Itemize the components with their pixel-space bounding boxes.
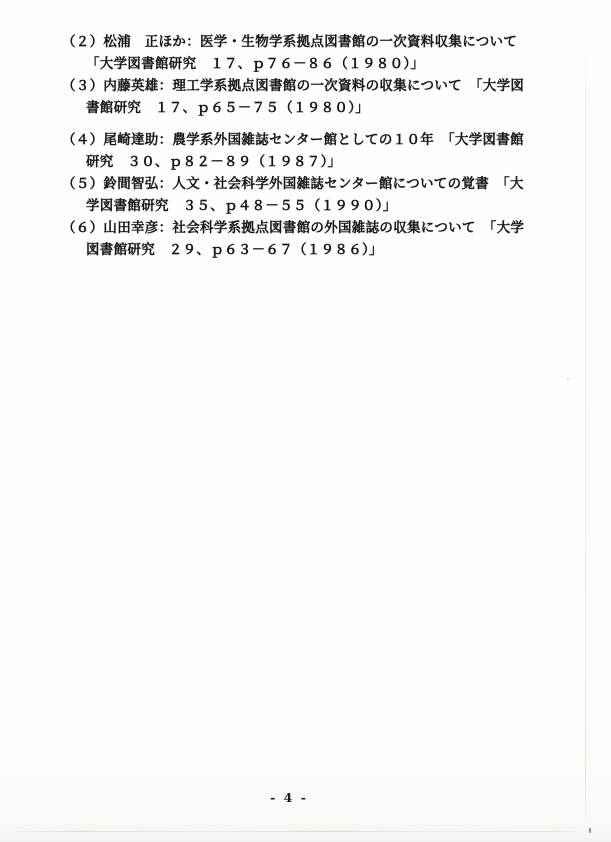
scan-dot-artifact [567, 378, 569, 380]
reference-6-line-1: （６）山田幸彦：社会科学系拠点図書館の外国雑誌の収集について 「大学 [62, 220, 524, 236]
reference-3-line-2: 書館研究 １７、ｐ６５－７５（１９８０）」 [86, 100, 369, 116]
reference-5-line-2: 学図書館研究 ３５、ｐ４８－５５（１９９０）」 [86, 198, 397, 214]
reference-3-line-1: （３）内藤英雄：理工学系拠点図書館の一次資料の収集について 「大学図 [62, 78, 524, 94]
scan-bottom-edge-artifact [18, 831, 578, 832]
scan-speck-artifact [589, 828, 591, 833]
reference-6-line-2: 図書館研究 ２９、ｐ６３－６７（１９８６）」 [86, 242, 383, 258]
reference-2-line-1: （２）松浦 正ほか：医学・生物学系拠点図書館の一次資料収集について [62, 34, 517, 50]
reference-4-line-2: 研究 ３０、ｐ８２－８９（１９８７）」 [86, 154, 341, 170]
reference-5-line-1: （５）鈴間智弘：人文・社会科学外国雑誌センター館についての覚書 「大 [62, 176, 524, 192]
scanned-document-page: （２）松浦 正ほか：医学・生物学系拠点図書館の一次資料収集について 「大学図書館… [0, 0, 611, 842]
page-number: - 4 - [0, 790, 578, 805]
scan-fold-artifact [585, 0, 586, 842]
reference-4-line-1: （４）尾崎達助：農学系外国雑誌センター館としての１０年 「大学図書館 [62, 132, 524, 148]
reference-2-line-2: 「大学図書館研究 １７、ｐ７６－８６（１９８０）」 [86, 56, 424, 72]
